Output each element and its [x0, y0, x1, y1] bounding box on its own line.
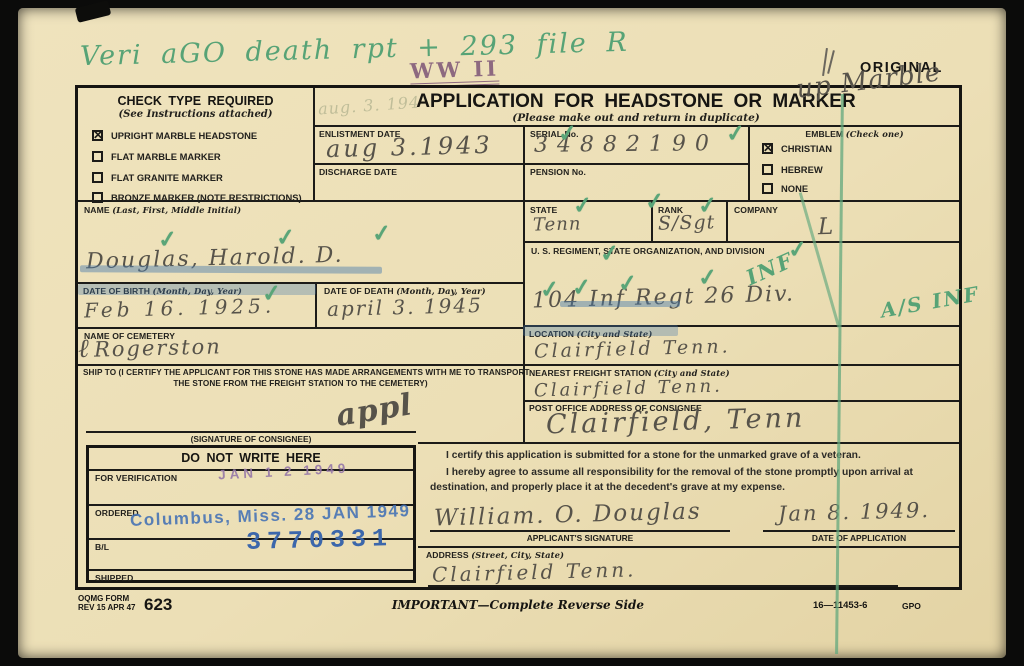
- option-label: CHRISTIAN: [781, 143, 832, 154]
- form-id-block: OQMG FORM REV 15 APR 47: [78, 594, 136, 612]
- emblem-title-detail: (Check one): [846, 129, 904, 139]
- applicant-signature-caption: APPLICANT'S SIGNATURE: [430, 533, 730, 543]
- form-border: CHECK TYPE REQUIRED (See Instructions at…: [75, 85, 962, 590]
- application-date-value: Jan 8. 1949.: [778, 498, 931, 526]
- option-label: FLAT GRANITE MARKER: [111, 172, 223, 183]
- green-check-mark: [371, 219, 393, 248]
- divider-line: [78, 327, 523, 329]
- bl-number-stamp: 3770331: [246, 524, 394, 557]
- for-verification-label: FOR VERIFICATION: [95, 473, 177, 483]
- certification-text: I certify this application is submitted …: [430, 449, 952, 495]
- ww2-stamp: WW II: [410, 55, 500, 87]
- ship-to-label-line2: THE STONE FROM THE FREIGHT STATION TO TH…: [78, 379, 523, 388]
- checkbox-bronze-marker: [92, 192, 103, 203]
- form-id-line1: OQMG FORM: [78, 594, 136, 603]
- consignee-signature-caption: (SIGNATURE OF CONSIGNEE): [86, 434, 416, 444]
- name-label: NAME (Last, First, Middle Initial): [84, 205, 241, 215]
- location-value: Clairfield Tenn.: [534, 335, 731, 362]
- pension-no-label: PENSION No.: [530, 167, 586, 177]
- signature-rule: [86, 431, 416, 433]
- signature-rule: [428, 585, 898, 587]
- consignee-note: appl: [334, 387, 415, 434]
- divider-line: [78, 364, 959, 366]
- option-label: UPRIGHT MARBLE HEADSTONE: [111, 130, 257, 141]
- top-annotation: Veri aGO death rpt + 293 file R: [80, 27, 629, 72]
- form-number: 623: [144, 595, 172, 615]
- option-label: HEBREW: [781, 164, 823, 175]
- divider-line: [418, 546, 959, 548]
- form-id-line2: REV 15 APR 47: [78, 603, 136, 612]
- option-label: NONE: [781, 183, 808, 194]
- green-check-mark: [572, 191, 594, 220]
- regiment-label: U. S. REGIMENT, STATE ORGANIZATION, AND …: [531, 246, 765, 256]
- green-check-mark: [617, 269, 639, 298]
- emblem-title: EMBLEM (Check one): [750, 129, 959, 139]
- print-code: 16—11453-6: [813, 600, 867, 611]
- company-value: L: [818, 214, 835, 240]
- divider-line: [523, 125, 525, 442]
- cemetery-flourish: ℓ: [78, 334, 91, 364]
- do-not-write-title: DO NOT WRITE HERE: [89, 451, 413, 465]
- option-label: BRONZE MARKER (NOTE RESTRICTIONS): [111, 192, 302, 203]
- address-value: Clairfield Tenn.: [432, 557, 637, 586]
- divider-line: [313, 125, 959, 127]
- green-check-mark: [599, 239, 621, 268]
- green-check-mark: [157, 225, 179, 254]
- checkbox-upright-marble-headstone: [92, 130, 103, 141]
- blue-underline-regiment: [560, 301, 680, 307]
- green-check-mark: [644, 187, 666, 216]
- torn-corner-mark: [75, 0, 112, 23]
- green-check-mark: [275, 223, 297, 252]
- ship-to-label-line1: SHIP TO (I CERTIFY THE APPLICANT FOR THI…: [83, 368, 530, 377]
- form-subtitle: (Please make out and return in duplicate…: [313, 112, 959, 124]
- divider-line: [523, 241, 959, 243]
- certification-para2: I hereby agree to assume all responsibil…: [430, 466, 952, 495]
- check-type-title: CHECK TYPE REQUIRED: [78, 94, 313, 108]
- signature-rule: [430, 530, 730, 532]
- signature-rule: [763, 530, 955, 532]
- bl-label: B/L: [95, 542, 109, 552]
- option-label: FLAT MARBLE MARKER: [111, 151, 221, 162]
- divider-line: [89, 569, 413, 571]
- green-check-mark: [697, 191, 719, 220]
- green-check-mark: [261, 279, 283, 308]
- applicant-signature-value: William. O. Douglas: [434, 499, 702, 532]
- green-check-mark: [571, 273, 593, 302]
- divider-line: [726, 200, 728, 243]
- post-office-value: Clairfield, Tenn: [546, 403, 806, 441]
- green-check-mark: [725, 119, 747, 148]
- scanned-form-card: Veri aGO death rpt + 293 file R WW II OR…: [18, 8, 1006, 658]
- green-check-mark: [539, 275, 561, 304]
- certification-para1: I certify this application is submitted …: [430, 449, 952, 463]
- checkbox-none: [762, 183, 773, 194]
- application-date-caption: DATE OF APPLICATION: [763, 533, 955, 543]
- divider-line: [418, 442, 959, 444]
- company-label: COMPANY: [734, 205, 778, 215]
- green-check-mark: [697, 263, 719, 292]
- checkbox-flat-marble-marker: [92, 151, 103, 162]
- shipped-label: SHIPPED: [95, 573, 133, 583]
- check-type-subtitle: (See Instructions attached): [78, 109, 313, 120]
- cemetery-value: Rogerston: [94, 334, 222, 361]
- discharge-date-label: DISCHARGE DATE: [319, 167, 397, 177]
- enlistment-date-value: aug 3.1943: [326, 131, 493, 163]
- checkbox-hebrew: [762, 164, 773, 175]
- divider-line: [313, 163, 750, 165]
- green-check-mark: [557, 119, 579, 148]
- freight-station-value: Clairfield Tenn.: [534, 376, 723, 402]
- blue-highlight-location-label: [523, 325, 678, 336]
- checkbox-flat-granite-marker: [92, 172, 103, 183]
- divider-line: [523, 400, 959, 402]
- checkbox-christian: [762, 143, 773, 154]
- date-of-birth-value: Feb 16. 1925.: [84, 294, 276, 323]
- gpo-label: GPO: [902, 601, 921, 611]
- date-of-death-value: april 3. 1945: [327, 293, 483, 321]
- footer-center-note: IMPORTANT—Complete Reverse Side: [342, 598, 694, 612]
- address-label: ADDRESS (Street, City, State): [426, 550, 564, 560]
